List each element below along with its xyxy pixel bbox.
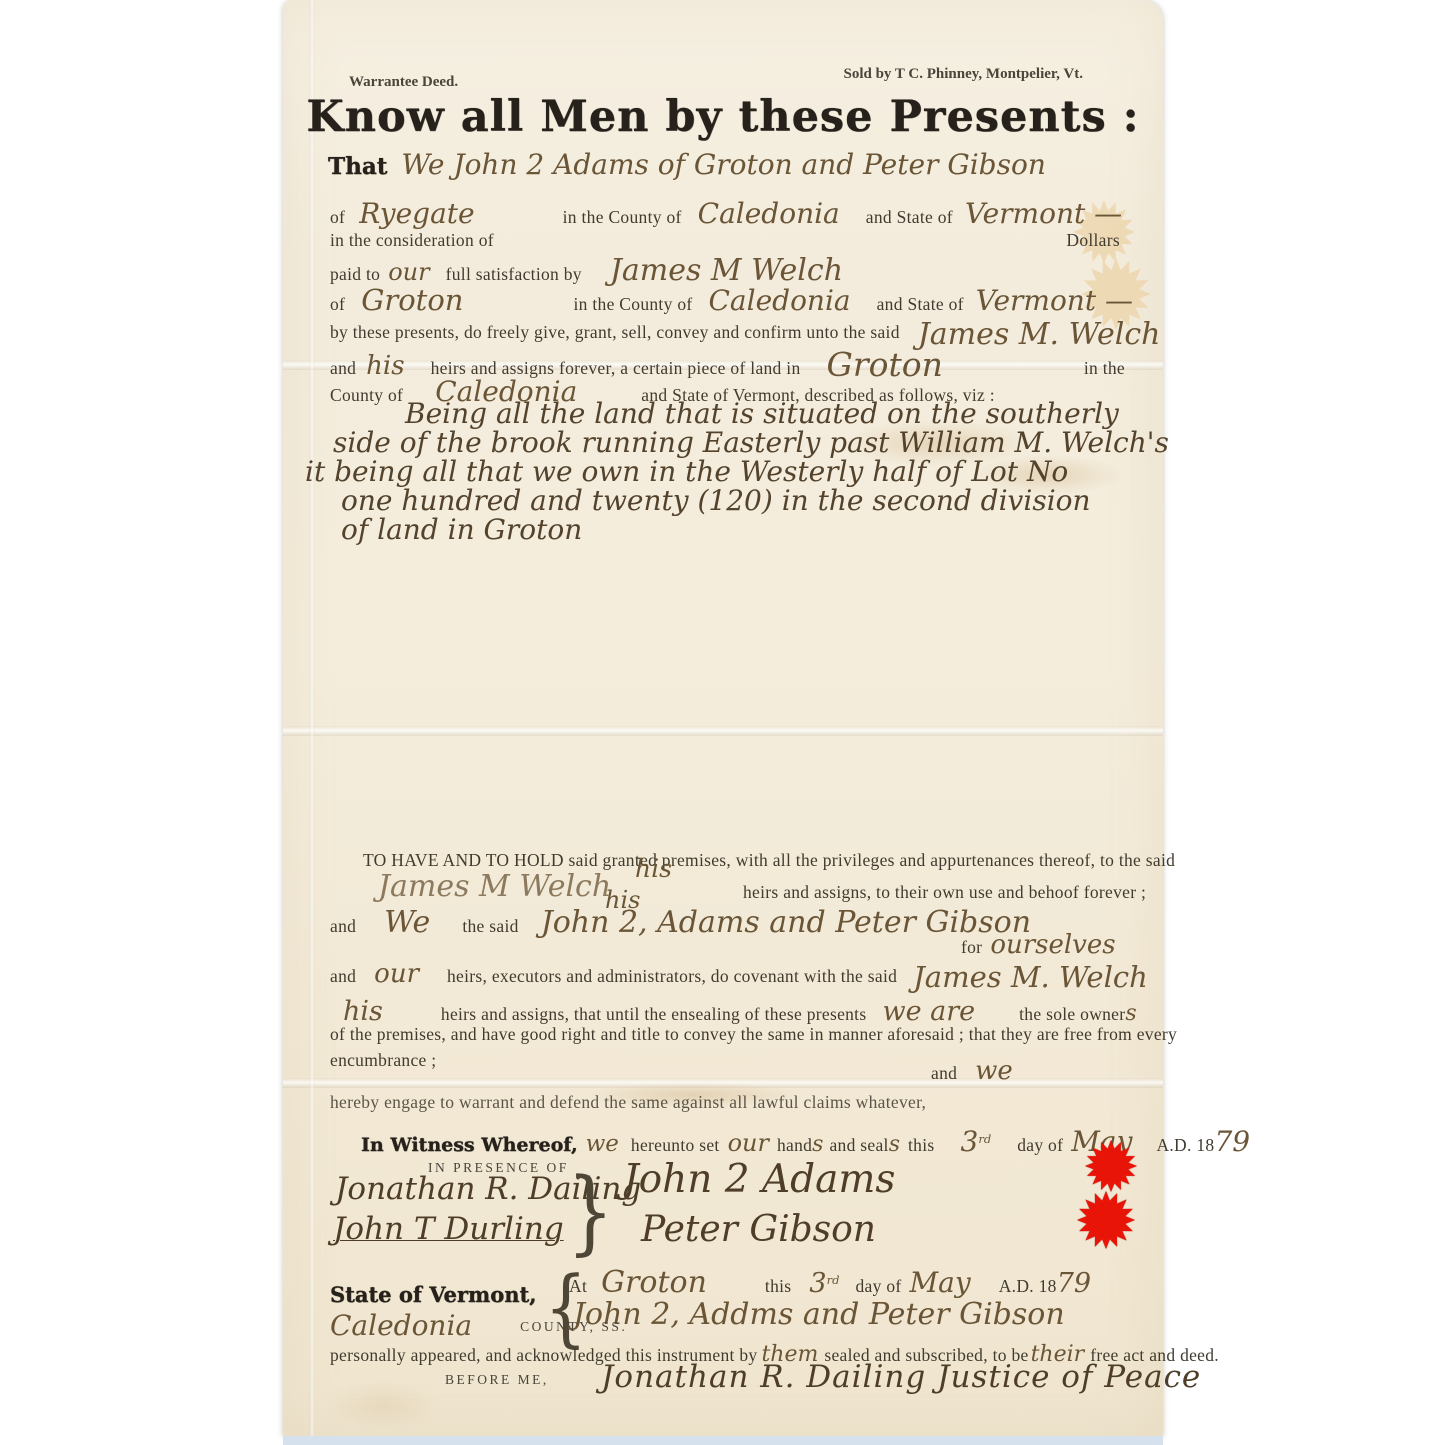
- warrant-label: hereby engage to warrant and defend the …: [330, 1092, 926, 1113]
- grantors-line: That We John 2 Adams of Groton and Peter…: [328, 151, 1046, 180]
- covenant-label: heirs, executors and administrators, do …: [447, 966, 897, 987]
- and-seal-label: and seal: [829, 1135, 888, 1156]
- grantor1-signature: John 2 Adams: [623, 1160, 895, 1199]
- grantors-handwriting: We John 2 Adams of Groton and Peter Gibs…: [401, 151, 1045, 179]
- consideration-line: in the consideration of Dollars: [330, 230, 1120, 251]
- this-label: this: [765, 1276, 791, 1297]
- day-handwriting: 3: [961, 1128, 979, 1156]
- warrant-line: hereby engage to warrant and defend the …: [330, 1092, 926, 1113]
- state2-label: and State of: [877, 294, 964, 315]
- consideration-label: in the consideration of: [330, 230, 494, 251]
- land-town-handwriting: Groton: [827, 348, 943, 381]
- doc-type-label: Warrantee Deed.: [349, 74, 458, 91]
- to-have-line: TO HAVE AND TO HOLD said granted premise…: [363, 850, 1175, 871]
- hereunto-label: hereunto set: [631, 1135, 720, 1156]
- witness2-signature: John T Durling: [333, 1214, 564, 1245]
- his-interline2: his: [605, 888, 640, 912]
- and-label: and: [330, 916, 356, 937]
- the-said-label: the said: [462, 916, 518, 937]
- day-of-label: day of: [1017, 1135, 1063, 1156]
- premises-label: of the premises, and have good right and…: [330, 1024, 1177, 1045]
- plural-s-handwriting: s: [812, 1134, 823, 1156]
- red-wax-seal: [1085, 1138, 1137, 1194]
- paid-to-label: paid to: [330, 264, 380, 285]
- sole-owners-line: his heirs and assigns, that until the en…: [343, 998, 1137, 1025]
- paid-handwriting: our: [388, 260, 429, 284]
- state-of-vermont-label: State of Vermont,: [330, 1282, 537, 1307]
- we-handwriting: we: [586, 1133, 619, 1156]
- state1-handwriting: Vermont —: [965, 200, 1122, 228]
- day-of-label: day of: [855, 1276, 901, 1297]
- covenant-line: and our heirs, executors and administrat…: [330, 958, 1148, 987]
- in-witness-whereof-label: In Witness Whereof,: [361, 1134, 578, 1156]
- description-line-5: of land in Groton: [341, 516, 582, 544]
- ack-county-line: Caledonia COUNTY, SS.: [330, 1312, 627, 1340]
- year-handwriting: 79: [1214, 1128, 1250, 1156]
- deed-document: Warrantee Deed. Sold by T C. Phinney, Mo…: [283, 0, 1163, 1437]
- plural-s-handwriting: s: [1125, 1003, 1136, 1025]
- doc-type-line: Warrantee Deed.: [349, 74, 458, 91]
- habendum-grantee-line: James M Welch: [378, 872, 611, 902]
- county-ss-label: COUNTY, SS.: [520, 1319, 627, 1335]
- description-line-3: it being all that we own in the Westerly…: [305, 458, 1068, 486]
- and-label: and: [931, 1063, 957, 1084]
- encumbrance-line: encumbrance ;: [330, 1050, 436, 1071]
- paper-stain: [323, 1380, 443, 1430]
- his-interlined-handwriting: his: [635, 856, 672, 881]
- description-handwriting: it being all that we own in the Westerly…: [305, 458, 1068, 486]
- residence1-line: of Ryegate in the County of Caledonia an…: [330, 200, 1122, 228]
- our-handwriting: our: [374, 961, 419, 987]
- description-handwriting: of land in Groton: [341, 516, 582, 544]
- fold-crease-vertical: [309, 0, 315, 1437]
- scan-background: Warrantee Deed. Sold by T C. Phinney, Mo…: [0, 0, 1445, 1445]
- ad-label: A.D. 18: [1156, 1135, 1214, 1156]
- county2-handwriting: Caledonia: [709, 287, 851, 315]
- state-label: and State of: [866, 207, 953, 228]
- printer-line: Sold by T C. Phinney, Montpelier, Vt.: [843, 66, 1083, 83]
- heirs-behoof-label: heirs and assigns, to their own use and …: [743, 882, 1146, 903]
- signature-brace: }: [567, 1158, 614, 1265]
- town2-handwriting: Groton: [361, 286, 463, 315]
- day-handwriting: 3: [809, 1270, 826, 1297]
- before-me-line: BEFORE ME,: [445, 1372, 549, 1388]
- ack-place-date-line: At Groton this 3 rd day of May A.D. 18 7…: [569, 1268, 1091, 1298]
- dollars-label: Dollars: [1066, 230, 1120, 251]
- premises-line: of the premises, and have good right and…: [330, 1024, 1177, 1045]
- we-are-handwriting: we are: [882, 998, 975, 1025]
- to-have-label: TO HAVE AND TO HOLD said granted premise…: [363, 850, 1175, 871]
- convey-label: by these presents, do freely give, grant…: [330, 322, 900, 343]
- justice-signature: Jonathan R. Dailing Justice of Peace: [601, 1362, 1201, 1393]
- justice-signature-line: Jonathan R. Dailing Justice of Peace: [601, 1362, 1201, 1393]
- title-line: Know all Men by these Presents :: [283, 92, 1163, 142]
- residence2-line: of Groton in the County of Caledonia and…: [330, 286, 1133, 315]
- ensealing-label: heirs and assigns, that until the enseal…: [441, 1004, 867, 1025]
- description-handwriting: one hundred and twenty (120) in the seco…: [341, 487, 1091, 515]
- grantor2-signature: Peter Gibson: [641, 1212, 876, 1248]
- we-handwriting: we: [975, 1058, 1013, 1084]
- appearing-persons-handwriting: John 2, Addms and Peter Gibson: [573, 1300, 1065, 1330]
- year-handwriting: 79: [1057, 1270, 1091, 1297]
- grantee2-handwriting: James M. Welch: [913, 963, 1148, 992]
- county1-handwriting: Caledonia: [698, 200, 840, 228]
- description-line-1: Being all the land that is situated on t…: [405, 400, 1119, 428]
- his-handwriting: his: [343, 998, 383, 1025]
- month-handwriting: May: [910, 1269, 971, 1297]
- town1-handwriting: Ryegate: [359, 200, 474, 228]
- description-handwriting: Being all the land that is situated on t…: [405, 400, 1119, 428]
- for-ourselves-line: for ourselves: [961, 932, 1116, 958]
- sole-owner-label: the sole owner: [1019, 1004, 1125, 1025]
- ourselves-handwriting: ourselves: [990, 932, 1115, 958]
- day-suffix-handwriting: rd: [978, 1134, 991, 1146]
- description-line-2: side of the brook running Easterly past …: [333, 429, 1169, 457]
- for-label: for: [961, 937, 982, 958]
- and-we-line: and we: [931, 1058, 1013, 1084]
- in-county-label: in the County of: [563, 207, 682, 228]
- place-handwriting: Groton: [601, 1268, 707, 1298]
- and-label: and: [330, 358, 356, 379]
- ack-persons-line: John 2, Addms and Peter Gibson: [573, 1300, 1065, 1330]
- covenantors-line: and We the said John 2, Adams and Peter …: [330, 908, 1031, 938]
- of2-label: of: [330, 294, 345, 315]
- description-line-4: one hundred and twenty (120) in the seco…: [341, 487, 1091, 515]
- state-heading-line: State of Vermont,: [330, 1282, 537, 1307]
- day-suffix-handwriting: rd: [827, 1275, 840, 1287]
- encumbrance-label: encumbrance ;: [330, 1050, 436, 1071]
- in-the-label: in the: [1084, 358, 1125, 379]
- plural-s-handwriting: s: [889, 1134, 900, 1156]
- printer-credit-label: Sold by T C. Phinney, Montpelier, Vt.: [843, 66, 1083, 83]
- in-county2-label: in the County of: [573, 294, 692, 315]
- signer1-line: John 2 Adams: [623, 1160, 895, 1199]
- satisfaction-label: full satisfaction by: [446, 264, 582, 285]
- behoof-line: heirs and assigns, to their own use and …: [743, 882, 1146, 903]
- this-label: this: [908, 1135, 934, 1156]
- we-handwriting: We: [384, 908, 430, 938]
- ad-label: A.D. 18: [999, 1276, 1057, 1297]
- county-of-label: County of: [330, 385, 403, 406]
- county-handwriting: Caledonia: [330, 1312, 472, 1340]
- our-handwriting: our: [728, 1131, 769, 1155]
- paid-line: paid to our full satisfaction by James M…: [330, 256, 843, 286]
- convey-line: by these presents, do freely give, grant…: [330, 314, 1160, 344]
- grantee-handwriting: James M Welch: [610, 256, 843, 286]
- witness2-line: John T Durling: [333, 1214, 564, 1245]
- hand-label: hand: [777, 1135, 812, 1156]
- at-label: At: [569, 1276, 587, 1297]
- signer2-line: Peter Gibson: [641, 1212, 876, 1248]
- of-label: of: [330, 207, 345, 228]
- deed-title: Know all Men by these Presents :: [306, 92, 1139, 142]
- his-superscript-line: his: [635, 856, 672, 881]
- that-label: That: [328, 153, 387, 180]
- state2-handwriting: Vermont —: [976, 287, 1133, 315]
- before-me-label: BEFORE ME,: [445, 1372, 549, 1388]
- his-handwriting: his: [366, 353, 404, 379]
- red-wax-seal: [1077, 1190, 1135, 1250]
- grantee-handwriting: James M Welch: [378, 872, 611, 902]
- and-label: and: [330, 966, 356, 987]
- description-handwriting: side of the brook running Easterly past …: [333, 429, 1169, 457]
- fold-crease: [283, 726, 1163, 736]
- scan-edge-strip: [283, 1436, 1163, 1445]
- his-interlined-handwriting: his: [605, 888, 640, 912]
